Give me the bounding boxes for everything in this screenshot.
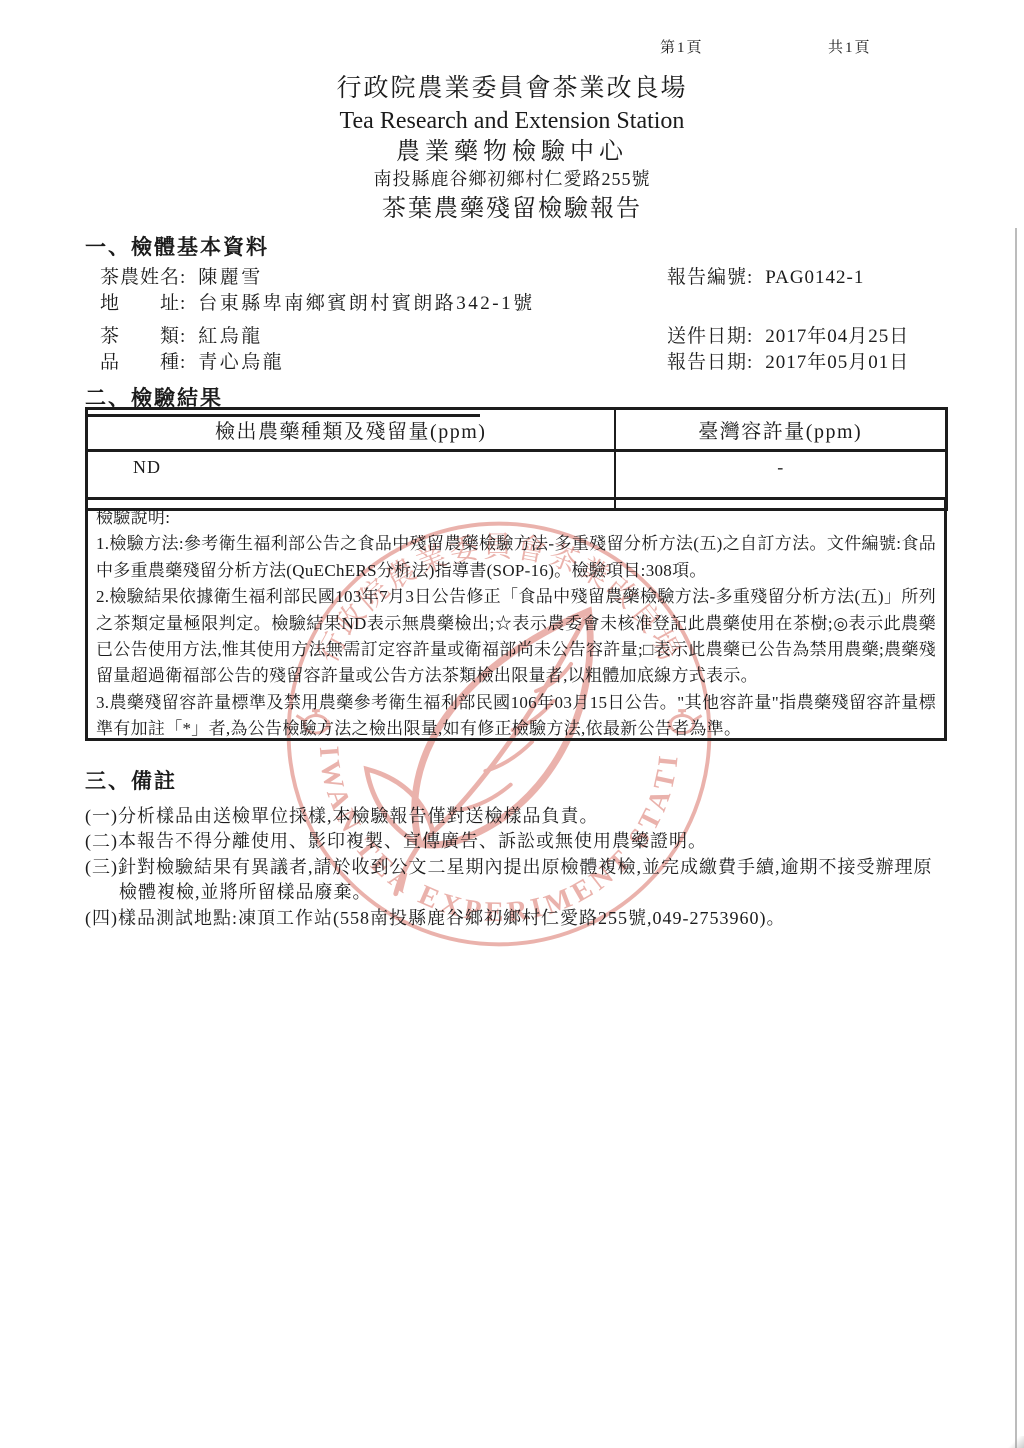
tea-type-row: 茶 類:紅烏龍 bbox=[100, 321, 263, 348]
letterhead: 行政院農業委員會茶業改良場 Tea Research and Extension… bbox=[0, 72, 1024, 226]
scan-corner-shadow bbox=[1008, 1436, 1024, 1448]
farmer-name-value: 陳麗雪 bbox=[198, 267, 263, 288]
remark-item-3: (三)針對檢驗結果有異議者,請於收到公文二星期內提出原檢體複檢,並完成繳費手續,… bbox=[85, 855, 945, 906]
report-no-row: 報告編號:PAG0142-1 bbox=[667, 262, 864, 289]
notes-item-2: 2.檢驗結果依據衛生福利部民國103年7月3日公告修正「食品中殘留農藥檢驗方法-… bbox=[96, 584, 936, 690]
section3-heading: 三、備註 bbox=[85, 765, 945, 795]
address-value: 台東縣卑南鄉賓朗村賓朗路342-1號 bbox=[198, 293, 534, 314]
tea-type-label: 茶 類: bbox=[100, 321, 186, 348]
report-no-value: PAG0142-1 bbox=[765, 267, 864, 288]
notes-title: 檢驗說明: bbox=[96, 505, 936, 531]
submit-date-row: 送件日期:2017年04月25日 bbox=[667, 321, 909, 348]
section1-heading: 一、檢體基本資料 bbox=[85, 231, 269, 261]
results-table: 檢出農藥種類及殘留量(ppm) 臺灣容許量(ppm) ND - bbox=[85, 407, 948, 511]
org-name-zh: 行政院農業委員會茶業改良場 bbox=[0, 72, 1024, 106]
variety-value: 青心烏龍 bbox=[198, 352, 284, 373]
remark-item-4: (四)樣品測試地點:凍頂工作站(558南投縣鹿谷鄉初鄉村仁愛路255號,049-… bbox=[85, 906, 945, 931]
address-label: 地 址: bbox=[100, 288, 186, 315]
column-header-limit: 臺灣容許量(ppm) bbox=[615, 409, 947, 451]
remark-item-1: (一)分析樣品由送檢單位採樣,本檢驗報告僅對送檢樣品負責。 bbox=[85, 804, 945, 829]
report-date-row: 報告日期:2017年05月01日 bbox=[667, 347, 909, 374]
center-name: 農業藥物檢驗中心 bbox=[0, 137, 1024, 168]
column-header-residue: 檢出農藥種類及殘留量(ppm) bbox=[87, 409, 615, 451]
notes-item-1: 1.檢驗方法:參考衛生福利部公告之食品中殘留農藥檢驗方法-多重殘留分析方法(五)… bbox=[96, 531, 936, 584]
page-total: 共1頁 bbox=[828, 36, 872, 57]
farmer-name-label: 茶農姓名: bbox=[100, 262, 186, 289]
variety-row: 品 種:青心烏龍 bbox=[100, 347, 284, 374]
report-date-value: 2017年05月01日 bbox=[765, 352, 909, 373]
org-name-en: Tea Research and Extension Station bbox=[0, 106, 1024, 137]
address-row: 地 址:台東縣卑南鄉賓朗村賓朗路342-1號 bbox=[100, 288, 535, 315]
remarks-section: 三、備註 (一)分析樣品由送檢單位採樣,本檢驗報告僅對送檢樣品負責。 (二)本報… bbox=[85, 765, 945, 931]
submit-date-value: 2017年04月25日 bbox=[765, 326, 909, 347]
org-address: 南投縣鹿谷鄉初鄉村仁愛路255號 bbox=[0, 168, 1024, 191]
remark-item-2: (二)本報告不得分離使用、影印複製、宣傳廣告、訴訟或無使用農藥證明。 bbox=[85, 829, 945, 854]
report-page: 行政院農業委員會茶業改良場 TAIWAN TEA EXPERIMENT STAT… bbox=[0, 0, 1024, 1448]
report-date-label: 報告日期: bbox=[667, 347, 753, 374]
inspection-notes-box: 檢驗說明: 1.檢驗方法:參考衛生福利部公告之食品中殘留農藥檢驗方法-多重殘留分… bbox=[85, 497, 947, 741]
report-title: 茶葉農藥殘留檢驗報告 bbox=[0, 193, 1024, 226]
scan-edge-line bbox=[1015, 228, 1017, 1448]
variety-label: 品 種: bbox=[100, 347, 186, 374]
farmer-name-row: 茶農姓名:陳麗雪 bbox=[100, 262, 263, 289]
notes-item-3: 3.農藥殘留容許量標準及禁用農藥參考衛生福利部民國106年03月15日公告。"其… bbox=[96, 690, 936, 743]
tea-type-value: 紅烏龍 bbox=[198, 326, 263, 347]
report-no-label: 報告編號: bbox=[667, 262, 753, 289]
page-number: 第1頁 bbox=[660, 36, 704, 57]
submit-date-label: 送件日期: bbox=[667, 321, 753, 348]
results-header-row: 檢出農藥種類及殘留量(ppm) 臺灣容許量(ppm) bbox=[87, 409, 947, 451]
